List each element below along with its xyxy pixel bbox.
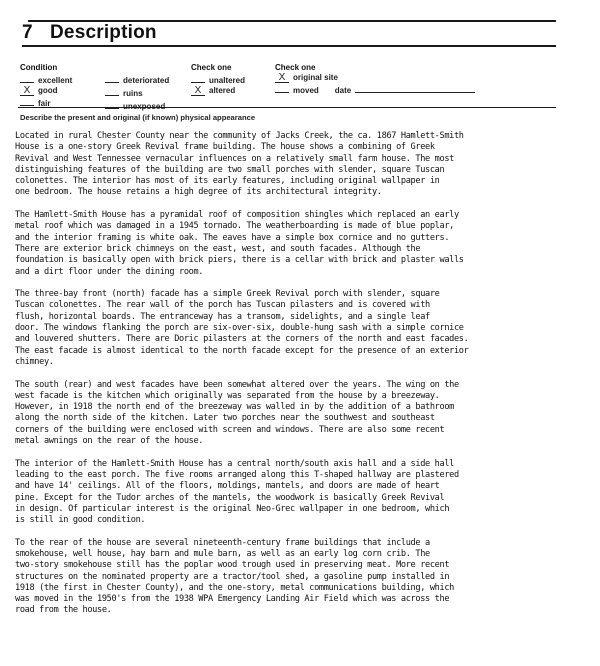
checkbox-excellent[interactable]: [20, 73, 34, 83]
paragraph-summary: Located in rural Chester County near the…: [15, 131, 590, 199]
alteration-group: Check one unaltered Xaltered: [191, 63, 245, 96]
condition-group: Condition excellent Xgood fair: [20, 63, 72, 109]
condition-option-ruins[interactable]: ruins: [105, 86, 169, 99]
checkbox-moved[interactable]: [275, 83, 289, 93]
site-heading: Check one: [275, 63, 475, 73]
condition-option-unexposed[interactable]: unexposed: [105, 99, 169, 112]
checkbox-original-site[interactable]: X: [275, 73, 289, 83]
checkbox-good[interactable]: X: [20, 86, 34, 96]
checkbox-deteriorated[interactable]: [105, 73, 119, 83]
checkbox-fair[interactable]: [20, 96, 34, 106]
nrhp-form-page: 7Description Condition excellent Xgood f…: [0, 0, 600, 666]
section-heading: 7Description: [22, 22, 157, 44]
site-option-original[interactable]: Xoriginal site: [275, 73, 475, 83]
site-option-moved[interactable]: moveddate: [275, 83, 475, 96]
alteration-heading: Check one: [191, 63, 245, 73]
date-field[interactable]: [355, 84, 475, 93]
alteration-option-altered[interactable]: Xaltered: [191, 86, 245, 96]
condition-heading: Condition: [20, 63, 72, 73]
section-title: Description: [50, 22, 157, 43]
site-group: Check one Xoriginal site moveddate: [275, 63, 475, 96]
condition-option-deteriorated[interactable]: deteriorated: [105, 73, 169, 86]
paragraph-interior: The interior of the Hamlett-Smith House …: [15, 459, 590, 527]
checkbox-ruins[interactable]: [105, 86, 119, 96]
checkbox-altered[interactable]: X: [191, 86, 205, 96]
date-label: date: [335, 86, 351, 95]
description-prompt: Describe the present and original (if kn…: [20, 113, 255, 122]
checkbox-unaltered[interactable]: [191, 73, 205, 83]
paragraph-outbuildings: To the rear of the house are several nin…: [15, 538, 590, 617]
condition-option-good[interactable]: Xgood: [20, 86, 72, 96]
description-body: Located in rural Chester County near the…: [15, 131, 590, 628]
paragraph-south-west-facades: The south (rear) and west facades have b…: [15, 380, 590, 448]
title-underline-rule: [22, 45, 556, 47]
form-divider-rule: [18, 107, 556, 108]
paragraph-north-facade: The three-bay front (north) facade has a…: [15, 289, 590, 368]
section-number: 7: [22, 22, 50, 44]
paragraph-roof-structure: The Hamlett-Smith House has a pyramidal …: [15, 210, 590, 278]
